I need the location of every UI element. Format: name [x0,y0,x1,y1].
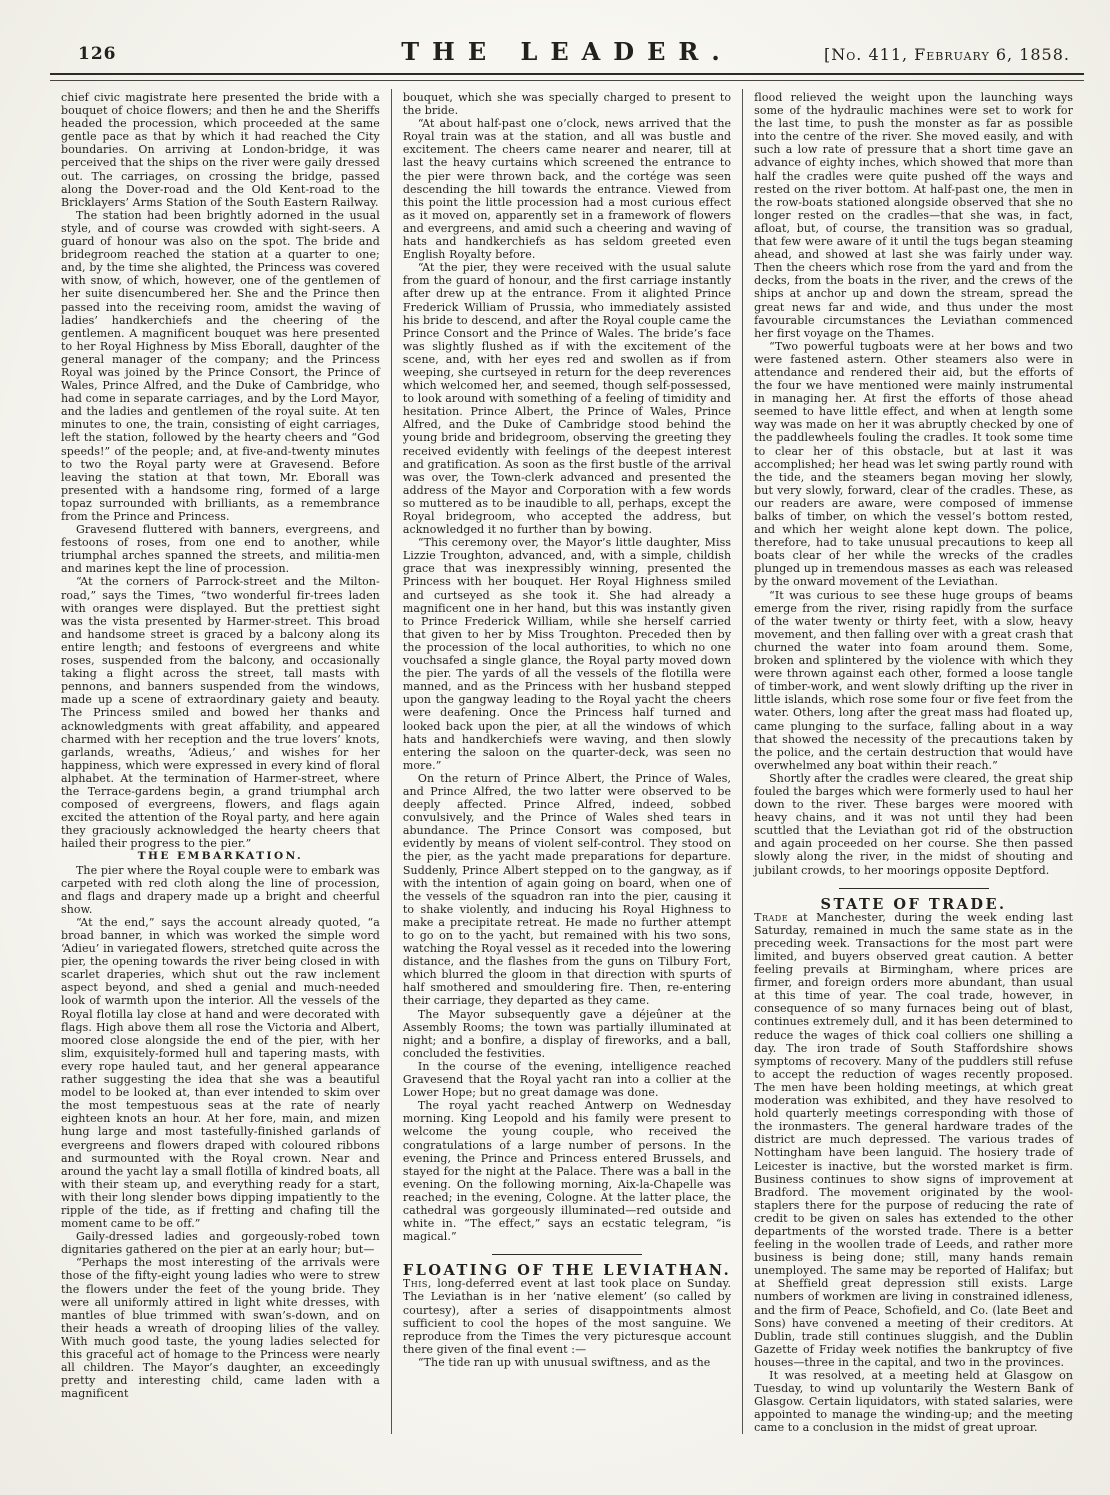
crosshead-the-embarkation: THE EMBARKATION. [61,850,380,863]
paragraph: The Mayor subsequently gave a déjeûner a… [403,1008,731,1060]
paragraph: “Two powerful tugboats were at her bows … [754,340,1073,589]
paragraph: chief civic magistrate here presented th… [61,91,380,209]
paragraph: “At the end,” says the account already q… [61,916,380,1230]
paragraph: “Perhaps the most interesting of the arr… [61,1256,380,1400]
header-double-rule [50,73,1084,81]
article-heading-state-of-trade: STATE OF TRADE. [754,898,1073,911]
paragraph: The pier where the Royal couple were to … [61,864,380,916]
paragraph: Gaily-dressed ladies and gorgeously-robe… [61,1230,380,1256]
article-heading-floating-of-the-leviathan: FLOATING OF THE LEVIATHAN. [403,1264,731,1277]
paragraph: The royal yacht reached Antwerp on Wedne… [403,1099,731,1243]
column-1: chief civic magistrate here presented th… [50,89,391,1434]
paragraph: flood relieved the weight upon the launc… [754,91,1073,340]
lead-word: Trade [754,911,788,924]
paragraph: “The tide ran up with unusual swiftness,… [403,1356,731,1369]
paragraph: This, long-deferred event at last took p… [403,1277,731,1356]
paragraph: bouquet, which she was specially charged… [403,91,731,117]
article-separator-rule [839,888,989,889]
paragraph: The station had been brightly adorned in… [61,209,380,523]
issue-info: [No. 411, February 6, 1858. [824,45,1070,64]
paragraph: “At about half-past one o’clock, news ar… [403,117,731,261]
article-separator-rule [492,1254,642,1255]
column-2: bouquet, which she was specially charged… [391,89,742,1434]
paragraph: “This ceremony over, the Mayor’s little … [403,536,731,772]
running-head: 126 THE LEADER. [No. 411, February 6, 18… [50,32,1084,66]
column-layout: chief civic magistrate here presented th… [50,89,1084,1434]
paragraph: Trade at Manchester, during the week end… [754,911,1073,1369]
paragraph: “At the corners of Parrock-street and th… [61,575,380,850]
paragraph-text: at Manchester, during the week ending la… [754,911,1073,1369]
paragraph: Shortly after the cradles were cleared, … [754,772,1073,877]
paragraph: It was resolved, at a meeting held at Gl… [754,1369,1073,1434]
paragraph: “At the pier, they were received with th… [403,261,731,536]
lead-word: This [403,1277,428,1290]
newspaper-page: 126 THE LEADER. [No. 411, February 6, 18… [0,0,1110,1434]
paragraph: “It was curious to see these huge groups… [754,589,1073,772]
paragraph-text: , long-deferred event at last took place… [403,1277,731,1355]
paragraph: In the course of the evening, intelligen… [403,1060,731,1099]
column-3: flood relieved the weight upon the launc… [742,89,1084,1434]
paragraph: Gravesend fluttered with banners, evergr… [61,523,380,575]
paragraph: On the return of Prince Albert, the Prin… [403,772,731,1008]
